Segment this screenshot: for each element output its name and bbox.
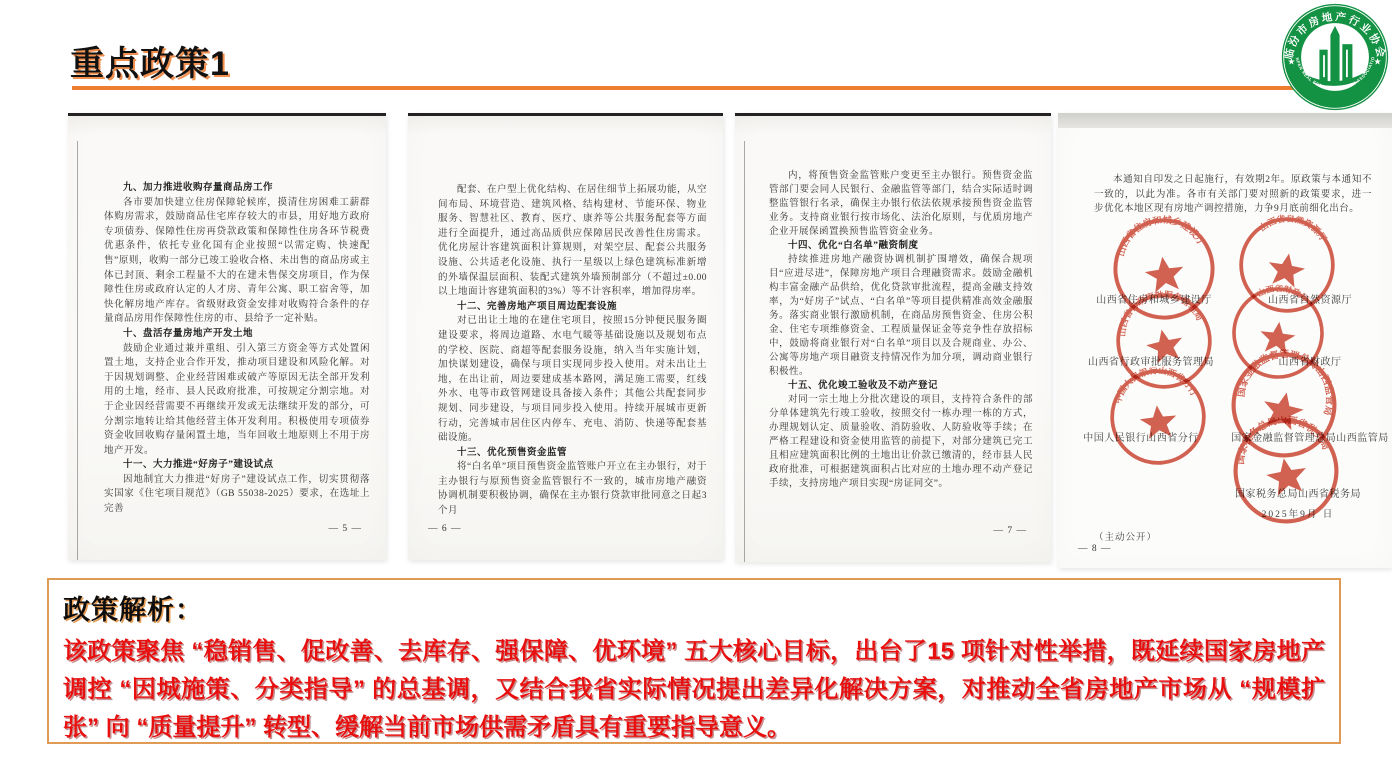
- logo-star-left-icon: ★: [1287, 56, 1295, 66]
- disclosure-note: （主动公开）: [1094, 529, 1157, 543]
- doc-section-heading: 十二、完善房地产项目周边配套设施: [438, 300, 707, 315]
- svg-text:国家金融监督管理总局山西监管局: 国家金融监督管理总局山西监管局: [1234, 340, 1345, 418]
- logo-star-right-icon: ★: [1374, 56, 1382, 66]
- doc-section-heading: 十五、优化竣工验收及不动产登记: [769, 379, 1033, 393]
- analysis-heading: 政策解析：: [63, 588, 1325, 627]
- doc-paragraph: 配套、在户型上优化结构、在居住细节上拓展功能，从空间布局、环境营造、建筑风格、结…: [438, 183, 707, 300]
- page-title: 重点政策1: [70, 36, 230, 85]
- doc-section-heading: 十、盘活存量房地产开发土地: [104, 327, 370, 342]
- doc-paragraph: 因地制宜大力推进“好房子”建设试点工作，切实贯彻落实国家《住宅项目规范》（GB …: [104, 473, 370, 517]
- doc-paragraph: 持续推进房地产融资协调机制扩围增效，确保合规项目“应进尽进”，保障房地产项目合理…: [769, 253, 1033, 379]
- doc-paragraph: 各市要加快建立住房保障轮候库，摸清住房困难工薪群体购房需求，鼓励商品住宅库存较大…: [104, 196, 370, 327]
- doc-page-body: 配套、在户型上优化结构、在居住细节上拓展功能，从空间布局、环境营造、建筑风格、结…: [408, 113, 723, 519]
- title-underline-rule: [72, 86, 1296, 90]
- association-logo-icon: 临汾市房地产行业协会 LINFEN REAL ESTATE INDUSTRY A…: [1280, 2, 1390, 112]
- doc-page-body: 内，将预售资金监管账户变更至主办银行。预售资金监管部门要会同人民银行、金融监管等…: [735, 113, 1051, 491]
- page-number: — 5 —: [329, 524, 363, 534]
- doc-section-heading: 十四、优化“白名单”融资制度: [769, 239, 1033, 253]
- svg-text:山西省自然资源厅: 山西省自然资源厅: [1255, 207, 1332, 245]
- page-number: — 7 —: [994, 526, 1028, 536]
- svg-text:山西省住房和城乡建设厅: 山西省住房和城乡建设厅: [1110, 209, 1208, 259]
- doc-paragraph: 将“白名单”项目预售资金监管账户开立在主办银行，对于主办银行与原预售资金监管银行…: [438, 460, 707, 518]
- doc-paragraph: 内，将预售资金监管账户变更至主办银行。预售资金监管部门要会同人民银行、金融监管等…: [769, 169, 1033, 239]
- doc-paragraph: 对同一宗土地上分批次建设的项目，支持符合条件的部分单体建筑先行竣工验收，按照交付…: [769, 393, 1033, 491]
- analysis-body-text: 该政策聚焦 “稳销售、促改善、去库存、强保障、优环境” 五大核心目标，出台了15…: [63, 633, 1325, 747]
- doc-paragraph: 对已出让土地的在建住宅项目，按照15分钟便民服务圈建设要求，将周边道路、水电气暖…: [438, 314, 707, 445]
- doc-page-body: 九、加力推进收购存量商品房工作各市要加快建立住房保障轮候库，摸清住房困难工薪群体…: [68, 113, 386, 517]
- policy-doc-page-6: 配套、在户型上优化结构、在居住细节上拓展功能，从空间布局、环境营造、建筑风格、结…: [408, 113, 723, 560]
- doc-section-heading: 十一、大力推进“好房子”建设试点: [104, 458, 370, 473]
- official-seal-icon: 中国人民银行山西省分行: [1103, 362, 1213, 472]
- signature-area: 山西省住房和城乡建设厅山西省自然资源厅山西省行政审批服务管理局山西省财政厅中国人…: [1058, 113, 1392, 568]
- page-number: — 8 —: [1078, 544, 1112, 554]
- policy-doc-page-8: 本通知自印发之日起施行，有效期2年。原政策与本通知不一致的，以此为准。各市有关部…: [1058, 113, 1392, 568]
- official-seal-icon: 国家税务总局山西省税务局: [1222, 407, 1349, 534]
- doc-paragraph: 鼓励企业通过兼并重组、引入第三方资金等方式处置闲置土地，支持企业合作开发，推动项…: [104, 342, 370, 459]
- policy-doc-page-7: 内，将预售资金监管账户变更至主办银行。预售资金监管部门要会同人民银行、金融监管等…: [735, 113, 1051, 562]
- doc-section-heading: 十三、优化预售资金监管: [438, 446, 707, 461]
- doc-section-heading: 九、加力推进收购存量商品房工作: [104, 181, 370, 196]
- policy-doc-page-5: 九、加力推进收购存量商品房工作各市要加快建立住房保障轮候库，摸清住房困难工薪群体…: [68, 113, 386, 560]
- page-number: — 6 —: [428, 524, 462, 534]
- policy-analysis-box: 政策解析： 该政策聚焦 “稳销售、促改善、去库存、强保障、优环境” 五大核心目标…: [47, 578, 1341, 744]
